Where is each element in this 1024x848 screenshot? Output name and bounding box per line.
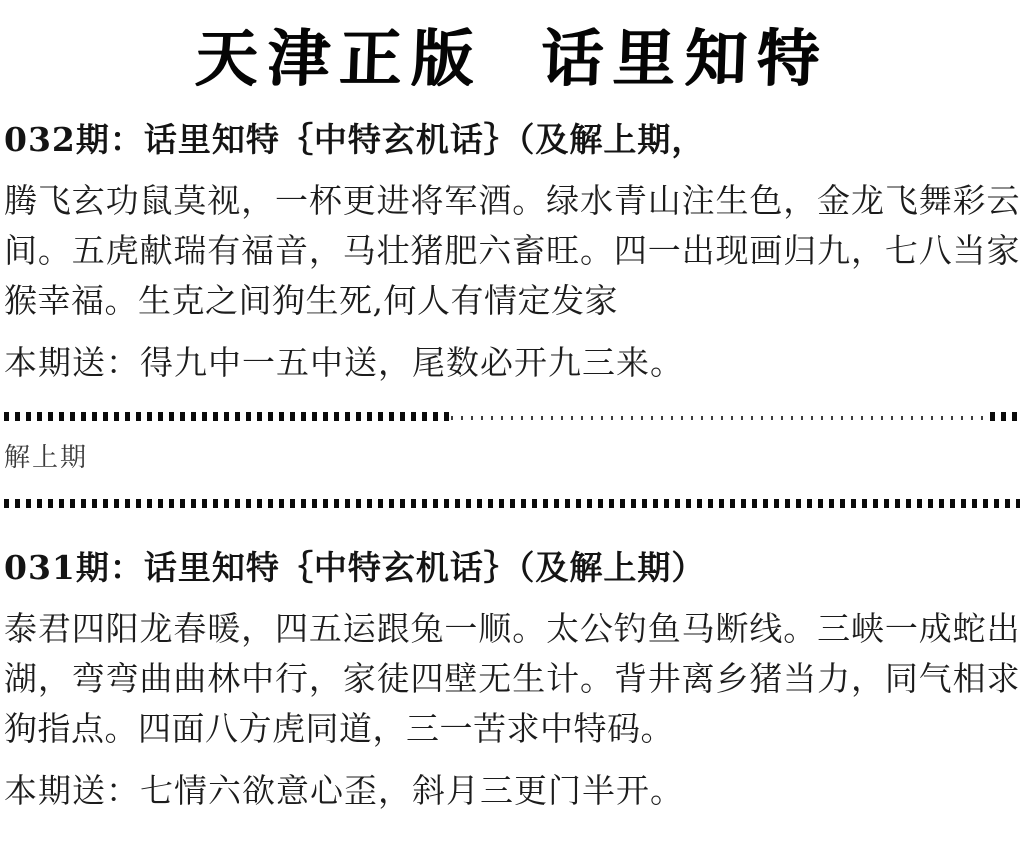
previous-issue-label: 解上期 [4,441,1020,475]
verse-line: 泰君四阳龙春暖，四五运跟兔一顺。太公钓鱼马断线。三峡一成蛇出 [4,604,1020,654]
divider-heavy-dots [990,412,1020,421]
section-issue-031: 031期：话里知特｛中特玄机话｝（及解上期） 泰君四阳龙春暖，四五运跟兔一顺。太… [4,546,1020,814]
page-title: 天津正版 话里知特 [3,18,1022,100]
issue-032-heading: 032期：话里知特｛中特玄机话｝（及解上期， [4,118,1020,162]
issue-031-heading: 031期：话里知特｛中特玄机话｝（及解上期） [4,546,1020,590]
verse-line: 猴幸福。生克之间狗生死,何人有情定发家 [4,276,1020,326]
verse-line: 狗指点。四面八方虎同道，三一苦求中特码。 [4,704,1020,754]
verse-line: 间。五虎献瑞有福音，马壮猪肥六畜旺。四一出现画归九，七八当家 [4,226,1020,276]
divider-heavy-dots [4,499,1020,508]
divider-heavy-dots [4,412,451,421]
divider-light-dots [451,416,989,420]
issue-032-gift-line: 本期送：得九中一五中送，尾数必开九三来。 [4,340,1020,386]
tip-sheet-page: 天津正版 话里知特 032期：话里知特｛中特玄机话｝（及解上期， 腾飞玄功鼠莫视… [0,0,1024,848]
dotted-divider-bottom [4,499,1020,508]
section-issue-032: 032期：话里知特｛中特玄机话｝（及解上期， 腾飞玄功鼠莫视，一杯更进将军酒。绿… [4,118,1020,386]
issue-031-verse: 泰君四阳龙春暖，四五运跟兔一顺。太公钓鱼马断线。三峡一成蛇出 湖，弯弯曲曲林中行… [4,604,1020,754]
issue-032-verse: 腾飞玄功鼠莫视，一杯更进将军酒。绿水青山注生色，金龙飞舞彩云 间。五虎献瑞有福音… [4,176,1020,326]
dotted-divider-top [4,412,1020,421]
verse-line: 腾飞玄功鼠莫视，一杯更进将军酒。绿水青山注生色，金龙飞舞彩云 [4,176,1020,226]
verse-line: 湖，弯弯曲曲林中行，家徒四壁无生计。背井离乡猪当力，同气相求 [4,654,1020,704]
issue-031-gift-line: 本期送：七情六欲意心歪，斜月三更门半开。 [4,768,1020,814]
